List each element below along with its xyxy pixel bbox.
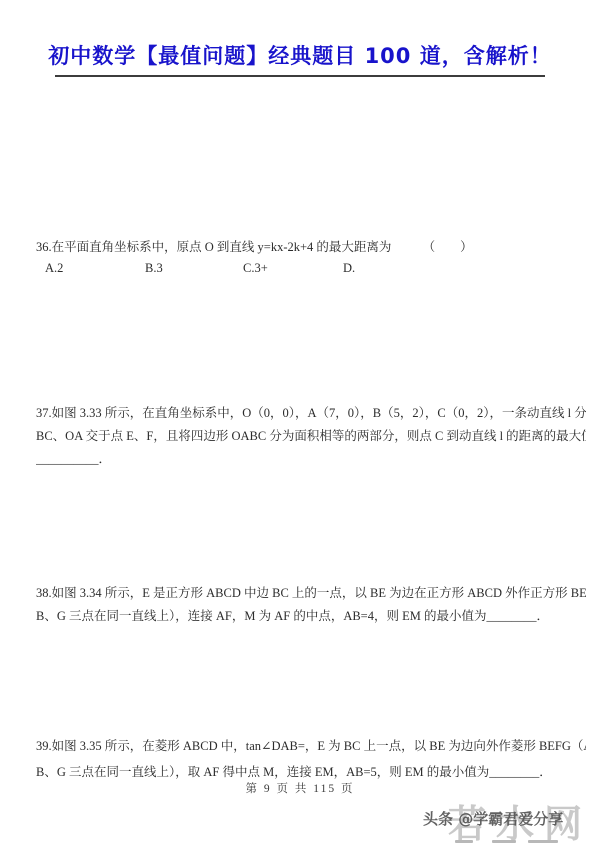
problem-37-line1: 37.如图 3.33 所示，在直角坐标系中，O（0，0），A（7，0），B（5，…: [36, 402, 586, 425]
watermark-fineprint-3: [528, 840, 558, 843]
option-a: A.2: [45, 261, 63, 276]
option-d: D.: [343, 261, 355, 276]
page-title: 初中数学【最值问题】经典题目 100 道，含解析！: [0, 40, 600, 70]
option-c: C.3+: [243, 261, 268, 276]
worksheet-page: 初中数学【最值问题】经典题目 100 道，含解析！ 36.在平面直角坐标系中，原…: [0, 0, 600, 849]
problem-38-line2: B、G 三点在同一直线上），连接 AF，M 为 AF 的中点，AB=4，则 EM…: [36, 605, 586, 628]
problem-39: 39.如图 3.35 所示，在菱形 ABCD 中，tan∠DAB=，E 为 BC…: [36, 733, 586, 785]
problem-36-options: A.2 B.3 C.3+ D.: [0, 261, 600, 279]
problem-37: 37.如图 3.33 所示，在直角坐标系中，O（0，0），A（7，0），B（5，…: [36, 402, 586, 471]
title-divider: [55, 75, 545, 77]
problem-38-line1: 38.如图 3.34 所示，E 是正方形 ABCD 中边 BC 上的一点，以 B…: [36, 582, 586, 605]
problem-36-text: 36.在平面直角坐标系中，原点 O 到直线 y=kx-2k+4 的最大距离为 （…: [36, 236, 586, 259]
problem-39-line1: 39.如图 3.35 所示，在菱形 ABCD 中，tan∠DAB=，E 为 BC…: [36, 733, 586, 759]
option-b: B.3: [145, 261, 163, 276]
problem-37-line2: BC、OA 交于点 E、F，且将四边形 OABC 分为面积相等的两部分，则点 C…: [36, 425, 586, 448]
problem-37-answer-blank: __________．: [36, 448, 586, 471]
watermark-account-text: 头条 @学霸君爱分享: [423, 808, 563, 829]
watermark-fineprint-2: [492, 840, 516, 843]
watermark-fineprint-1: [455, 840, 473, 843]
problem-38: 38.如图 3.34 所示，E 是正方形 ABCD 中边 BC 上的一点，以 B…: [36, 582, 586, 628]
